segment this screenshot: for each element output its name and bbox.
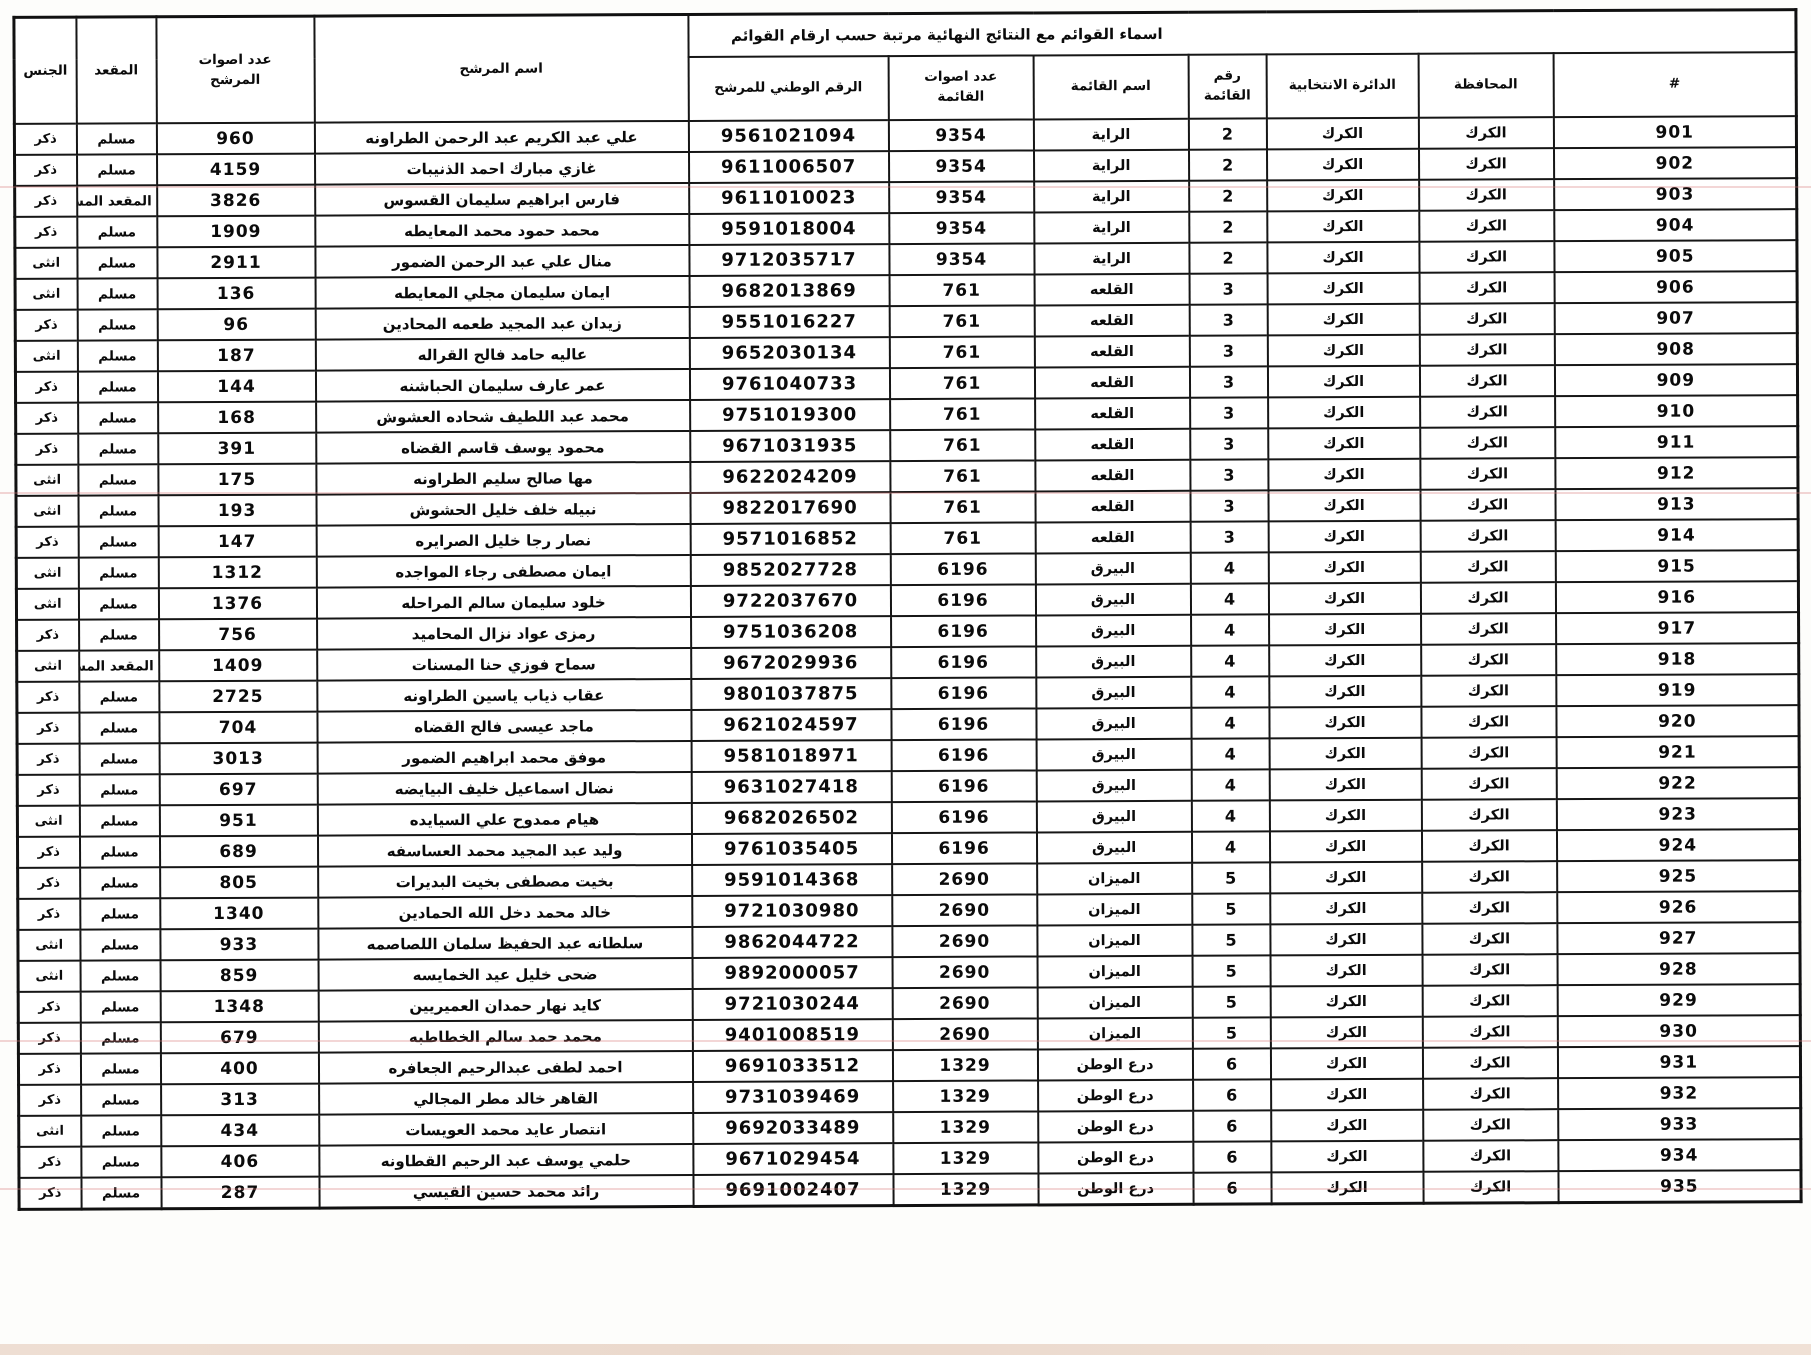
cell-governorate: الكرك <box>1422 923 1557 955</box>
cell-district: الكرك <box>1267 149 1419 181</box>
cell-seat: مسلم <box>80 1022 160 1053</box>
cell-candidate-name: نصار رجا خليل الصرايره <box>316 524 690 557</box>
cell-governorate: الكرك <box>1422 1047 1557 1079</box>
cell-candidate-name: احمد لطفى عبدالرحيم الجعافره <box>318 1051 692 1084</box>
cell-list-votes: 2690 <box>892 956 1037 988</box>
cell-candidate-votes: 175 <box>158 464 316 496</box>
cell-list-name: القلعه <box>1035 398 1190 430</box>
cell-list-name: القلعه <box>1034 305 1189 337</box>
cell-list-votes: 6196 <box>891 615 1036 647</box>
cell-list-number: 4 <box>1191 614 1269 645</box>
cell-seat: مسلم <box>80 1053 160 1084</box>
cell-candidate-votes: 1909 <box>157 216 315 248</box>
cell-governorate: الكرك <box>1421 737 1556 769</box>
cell-candidate-votes: 951 <box>159 805 317 837</box>
cell-district: الكرك <box>1269 645 1421 677</box>
cell-governorate: الكرك <box>1420 427 1555 459</box>
column-header-candidate-votes: عدد اصوات المرشح <box>156 16 314 123</box>
cell-district: الكرك <box>1270 986 1422 1018</box>
cell-candidate-votes: 1312 <box>158 557 316 589</box>
cell-district: الكرك <box>1267 304 1419 336</box>
cell-governorate: الكرك <box>1420 365 1555 397</box>
cell-governorate: الكرك <box>1420 551 1555 583</box>
cell-list-votes: 6196 <box>891 646 1036 678</box>
cell-governorate: الكرك <box>1421 675 1556 707</box>
cell-national-id: 9591014368 <box>692 864 892 896</box>
cell-district: الكرك <box>1269 614 1421 646</box>
column-header-list-votes: عدد اصوات القائمة <box>888 55 1033 120</box>
cell-list-votes: 9354 <box>888 119 1033 151</box>
cell-num: 926 <box>1557 891 1800 923</box>
cell-num: 932 <box>1558 1077 1801 1109</box>
cell-national-id: 9581018971 <box>691 740 891 772</box>
cell-list-number: 5 <box>1192 862 1270 893</box>
cell-num: 902 <box>1554 147 1797 179</box>
cell-candidate-name: خالد محمد دخل الله الحمادين <box>318 896 692 929</box>
cell-candidate-name: ضحى خليل عيد الخمايسه <box>318 958 692 991</box>
cell-list-votes: 6196 <box>892 832 1037 864</box>
cell-num: 931 <box>1557 1046 1800 1078</box>
cell-seat: مسلم <box>78 402 158 433</box>
cell-num: 925 <box>1557 860 1800 892</box>
cell-list-number: 5 <box>1192 955 1270 986</box>
cell-list-name: القلعه <box>1035 491 1190 523</box>
cell-list-name: البيرق <box>1036 770 1191 802</box>
cell-national-id: 9862044722 <box>692 926 892 958</box>
cell-national-id: 9611006507 <box>689 151 889 183</box>
cell-national-id: 9761035405 <box>691 833 891 865</box>
cell-national-id: 9721030244 <box>692 988 892 1020</box>
cell-candidate-name: علي عبد الكريم عبد الرحمن الطراونه <box>314 121 688 154</box>
cell-list-name: درع الوطن <box>1038 1142 1193 1174</box>
cell-candidate-votes: 704 <box>159 712 317 744</box>
cell-national-id: 9672029936 <box>691 647 891 679</box>
cell-district: الكرك <box>1268 583 1420 615</box>
cell-district: الكرك <box>1267 335 1419 367</box>
cell-num: 901 <box>1553 116 1796 148</box>
cell-num: 921 <box>1556 736 1799 768</box>
cell-gender: ذكر <box>17 744 79 775</box>
cell-list-number: 4 <box>1191 707 1269 738</box>
cell-seat: مسلم <box>80 929 160 960</box>
cell-national-id: 9571016852 <box>690 523 890 555</box>
cell-list-votes: 761 <box>889 336 1034 368</box>
cell-list-name: الراية <box>1034 181 1189 213</box>
cell-list-number: 4 <box>1192 831 1270 862</box>
cell-list-number: 6 <box>1193 1079 1271 1110</box>
scan-bottom-strip <box>0 1344 1811 1355</box>
cell-gender: ذكر <box>18 992 80 1023</box>
cell-gender: انثى <box>17 651 79 682</box>
cell-seat: مسلم <box>80 960 160 991</box>
cell-national-id: 9691002407 <box>693 1174 893 1206</box>
cell-candidate-name: محمود يوسف قاسم القضاه <box>316 431 690 464</box>
cell-list-number: 4 <box>1191 800 1269 831</box>
column-header-seat: المقعد <box>76 17 156 124</box>
cell-list-number: 6 <box>1193 1110 1271 1141</box>
cell-district: الكرك <box>1268 366 1420 398</box>
cell-list-name: الراية <box>1034 212 1189 244</box>
column-header-list-number: رقم القائمة <box>1188 54 1266 118</box>
cell-list-number: 5 <box>1192 924 1270 955</box>
cell-candidate-votes: 1376 <box>158 588 316 620</box>
cell-list-number: 2 <box>1188 118 1266 149</box>
cell-candidate-votes: 805 <box>160 867 318 899</box>
cell-national-id: 9611010023 <box>689 182 889 214</box>
cell-national-id: 9712035717 <box>689 244 889 276</box>
cell-list-number: 5 <box>1192 1017 1270 1048</box>
cell-national-id: 9682026502 <box>691 802 891 834</box>
cell-list-name: درع الوطن <box>1037 1049 1192 1081</box>
cell-governorate: الكرك <box>1423 1140 1558 1172</box>
cell-candidate-name: انتصار عايد محمد العويسات <box>319 1113 693 1146</box>
cell-list-name: الميزان <box>1037 1018 1192 1050</box>
cell-list-name: القلعه <box>1034 336 1189 368</box>
cell-list-name: درع الوطن <box>1038 1111 1193 1143</box>
cell-list-name: القلعه <box>1035 429 1190 461</box>
cell-governorate: الكرك <box>1418 117 1553 149</box>
cell-candidate-name: خلود سليمان سالم المراحله <box>316 586 690 619</box>
cell-seat: المقعد المسيحي <box>79 650 159 681</box>
cell-candidate-votes: 756 <box>159 619 317 651</box>
cell-gender: انثى <box>16 589 78 620</box>
cell-candidate-votes: 1409 <box>159 650 317 682</box>
cell-gender: ذكر <box>18 1054 80 1085</box>
cell-governorate: الكرك <box>1419 241 1554 273</box>
cell-district: الكرك <box>1266 118 1418 150</box>
cell-gender: ذكر <box>19 1178 81 1210</box>
cell-num: 911 <box>1555 426 1798 458</box>
cell-list-number: 3 <box>1189 335 1267 366</box>
cell-list-votes: 1329 <box>893 1142 1038 1174</box>
cell-list-number: 6 <box>1193 1141 1271 1172</box>
cell-list-name: الراية <box>1034 243 1189 275</box>
cell-list-votes: 761 <box>890 460 1035 492</box>
cell-list-votes: 9354 <box>889 181 1034 213</box>
cell-num: 923 <box>1556 798 1799 830</box>
cell-candidate-name: رائد محمد حسين القيسي <box>319 1175 693 1208</box>
cell-governorate: الكرك <box>1422 861 1557 893</box>
cell-candidate-votes: 2725 <box>159 681 317 713</box>
cell-list-votes: 1329 <box>892 1049 1037 1081</box>
cell-candidate-votes: 144 <box>157 371 315 403</box>
cell-list-name: الراية <box>1034 150 1189 182</box>
cell-list-name: درع الوطن <box>1038 1173 1193 1205</box>
cell-candidate-votes: 168 <box>158 402 316 434</box>
cell-seat: مسلم <box>77 216 157 247</box>
column-header-candidate-name: اسم المرشح <box>314 14 688 122</box>
cell-district: الكرك <box>1270 831 1422 863</box>
cell-seat: مسلم <box>81 1115 161 1146</box>
cell-gender: ذكر <box>16 403 78 434</box>
cell-national-id: 9671029454 <box>693 1143 893 1175</box>
cell-district: الكرك <box>1271 1110 1423 1142</box>
cell-gender: ذكر <box>17 620 79 651</box>
cell-num: 927 <box>1557 922 1800 954</box>
cell-gender: انثى <box>16 496 78 527</box>
cell-national-id: 9751036208 <box>691 616 891 648</box>
cell-candidate-name: رمزى عواد نزال المحاميد <box>317 617 691 650</box>
cell-list-number: 6 <box>1192 1048 1270 1079</box>
cell-list-votes: 9354 <box>889 212 1034 244</box>
cell-candidate-votes: 193 <box>158 495 316 527</box>
cell-list-number: 4 <box>1191 738 1269 769</box>
cell-seat: مسلم <box>78 433 158 464</box>
cell-district: الكرك <box>1269 738 1421 770</box>
cell-list-votes: 6196 <box>891 677 1036 709</box>
cell-list-votes: 761 <box>890 429 1035 461</box>
cell-governorate: الكرك <box>1422 985 1557 1017</box>
cell-gender: انثى <box>15 248 77 279</box>
cell-national-id: 9561021094 <box>688 120 888 152</box>
cell-district: الكرك <box>1270 924 1422 956</box>
cell-gender: ذكر <box>16 434 78 465</box>
cell-candidate-votes: 679 <box>160 1022 318 1054</box>
cell-national-id: 9652030134 <box>689 337 889 369</box>
cell-list-number: 3 <box>1190 366 1268 397</box>
cell-list-votes: 761 <box>889 274 1034 306</box>
cell-num: 917 <box>1556 612 1799 644</box>
cell-gender: انثى <box>17 806 79 837</box>
cell-governorate: الكرك <box>1422 830 1557 862</box>
cell-list-votes: 2690 <box>892 987 1037 1019</box>
cell-seat: المقعد المسيحي <box>77 185 157 216</box>
cell-list-name: درع الوطن <box>1038 1080 1193 1112</box>
cell-candidate-name: ايمان سليمان مجلي المعايطه <box>315 276 689 309</box>
cell-candidate-votes: 2911 <box>157 247 315 279</box>
cell-list-number: 4 <box>1191 769 1269 800</box>
cell-list-number: 5 <box>1192 986 1270 1017</box>
cell-gender: انثى <box>15 341 77 372</box>
cell-list-name: القلعه <box>1035 522 1190 554</box>
cell-list-number: 3 <box>1190 459 1268 490</box>
cell-seat: مسلم <box>78 526 158 557</box>
cell-gender: انثى <box>16 558 78 589</box>
cell-candidate-name: ماجد عيسى فالح القضاه <box>317 710 691 743</box>
cell-seat: مسلم <box>79 805 159 836</box>
cell-list-name: البيرق <box>1036 677 1191 709</box>
cell-candidate-votes: 4159 <box>157 154 315 186</box>
cell-candidate-votes: 859 <box>160 960 318 992</box>
cell-seat: مسلم <box>81 1177 161 1209</box>
cell-list-name: البيرق <box>1036 739 1191 771</box>
cell-candidate-name: وليد عبد المجيد محمد العساسفه <box>317 834 691 867</box>
cell-district: الكرك <box>1270 955 1422 987</box>
cell-governorate: الكرك <box>1421 644 1556 676</box>
cell-district: الكرك <box>1267 211 1419 243</box>
cell-list-number: 3 <box>1190 521 1268 552</box>
cell-list-name: القلعه <box>1035 460 1190 492</box>
cell-num: 934 <box>1558 1139 1801 1171</box>
cell-list-name: البيرق <box>1035 584 1190 616</box>
cell-list-number: 2 <box>1189 211 1267 242</box>
column-header-governorate: المحافظة <box>1418 53 1553 118</box>
cell-num: 913 <box>1555 488 1798 520</box>
cell-candidate-votes: 960 <box>156 123 314 155</box>
cell-seat: مسلم <box>77 371 157 402</box>
cell-governorate: الكرك <box>1420 489 1555 521</box>
cell-district: الكرك <box>1268 397 1420 429</box>
cell-seat: مسلم <box>79 743 159 774</box>
cell-num: 905 <box>1554 240 1797 272</box>
cell-num: 910 <box>1555 395 1798 427</box>
cell-seat: مسلم <box>77 247 157 278</box>
cell-list-votes: 6196 <box>891 770 1036 802</box>
cell-candidate-name: سلطانه عبد الحفيظ سلمان اللصاصمه <box>318 927 692 960</box>
cell-seat: مسلم <box>77 154 157 185</box>
cell-num: 909 <box>1555 364 1798 396</box>
cell-num: 906 <box>1554 271 1797 303</box>
cell-candidate-votes: 697 <box>159 774 317 806</box>
cell-candidate-votes: 1348 <box>160 991 318 1023</box>
cell-list-votes: 761 <box>889 305 1034 337</box>
cell-district: الكرك <box>1267 180 1419 212</box>
cell-gender: ذكر <box>15 310 77 341</box>
cell-gender: ذكر <box>17 713 79 744</box>
cell-gender: انثى <box>15 279 77 310</box>
cell-seat: مسلم <box>79 619 159 650</box>
cell-governorate: الكرك <box>1421 613 1556 645</box>
cell-num: 930 <box>1557 1015 1800 1047</box>
cell-national-id: 9892000057 <box>692 957 892 989</box>
cell-gender: ذكر <box>18 899 80 930</box>
cell-national-id: 9761040733 <box>689 368 889 400</box>
table-row: 935الكركالكرك6درع الوطن13299691002407رائ… <box>19 1170 1801 1209</box>
cell-national-id: 9682013869 <box>689 275 889 307</box>
cell-list-votes: 6196 <box>890 553 1035 585</box>
cell-seat: مسلم <box>81 1146 161 1177</box>
cell-governorate: الكرك <box>1419 148 1554 180</box>
cell-num: 914 <box>1555 519 1798 551</box>
cell-list-number: 4 <box>1190 583 1268 614</box>
cell-list-name: البيرق <box>1036 708 1191 740</box>
cell-list-votes: 6196 <box>890 584 1035 616</box>
cell-candidate-name: هيام ممدوح علي السيايده <box>317 803 691 836</box>
cell-district: الكرك <box>1271 1172 1423 1204</box>
column-header-list-name: اسم القائمة <box>1033 55 1188 120</box>
cell-governorate: الكرك <box>1423 1078 1558 1110</box>
cell-candidate-name: منال علي عبد الرحمن الضمور <box>315 245 689 278</box>
cell-national-id: 9631027418 <box>691 771 891 803</box>
cell-seat: مسلم <box>78 588 158 619</box>
page-title: اسماء القوائم مع النتائج النهائية مرتبة … <box>688 10 1796 57</box>
cell-list-votes: 1329 <box>893 1111 1038 1143</box>
cell-gender: انثى <box>16 465 78 496</box>
cell-gender: ذكر <box>17 682 79 713</box>
cell-governorate: الكرك <box>1419 272 1554 304</box>
cell-national-id: 9591018004 <box>689 213 889 245</box>
cell-governorate: الكرك <box>1422 892 1557 924</box>
cell-candidate-name: محمد عبد اللطيف شحاده العشوش <box>316 400 690 433</box>
cell-list-name: البيرق <box>1035 553 1190 585</box>
cell-seat: مسلم <box>80 991 160 1022</box>
cell-candidate-name: غازي مبارك احمد الذنيبات <box>315 152 689 185</box>
cell-list-number: 3 <box>1190 428 1268 459</box>
cell-num: 912 <box>1555 457 1798 489</box>
cell-list-votes: 2690 <box>892 1018 1037 1050</box>
cell-gender: ذكر <box>19 1147 81 1178</box>
cell-governorate: الكرك <box>1420 520 1555 552</box>
cell-governorate: الكرك <box>1419 179 1554 211</box>
cell-list-votes: 6196 <box>891 801 1036 833</box>
column-header-gender: الجنس <box>14 17 76 124</box>
cell-gender: ذكر <box>15 186 77 217</box>
cell-district: الكرك <box>1269 707 1421 739</box>
cell-list-votes: 9354 <box>889 243 1034 275</box>
cell-list-name: القلعه <box>1035 367 1190 399</box>
cell-candidate-name: سماح فوزي حنا المسنات <box>317 648 691 681</box>
cell-list-number: 4 <box>1191 645 1269 676</box>
cell-national-id: 9621024597 <box>691 709 891 741</box>
cell-candidate-name: زيدان عبد المجيد طعمه المحادين <box>315 307 689 340</box>
cell-candidate-name: محمد حمود محمد المعايطه <box>315 214 689 247</box>
cell-district: الكرك <box>1267 273 1419 305</box>
cell-list-number: 4 <box>1190 552 1268 583</box>
cell-gender: ذكر <box>15 217 77 248</box>
cell-national-id: 9822017690 <box>690 492 890 524</box>
cell-list-votes: 761 <box>890 367 1035 399</box>
cell-list-name: البيرق <box>1036 646 1191 678</box>
cell-governorate: الكرك <box>1420 582 1555 614</box>
cell-governorate: الكرك <box>1422 954 1557 986</box>
cell-candidate-name: عاليه حامد فالح القراله <box>315 338 689 371</box>
cell-seat: مسلم <box>79 774 159 805</box>
cell-district: الكرك <box>1268 552 1420 584</box>
cell-candidate-name: بخيت مصطفى بخيت البديرات <box>318 865 692 898</box>
scanned-document-page: اسماء القوائم مع النتائج النهائية مرتبة … <box>0 0 1811 1355</box>
cell-num: 929 <box>1557 984 1800 1016</box>
cell-seat: مسلم <box>79 681 159 712</box>
cell-district: الكرك <box>1271 1141 1423 1173</box>
cell-candidate-votes: 400 <box>160 1053 318 1085</box>
cell-list-votes: 761 <box>890 522 1035 554</box>
cell-district: الكرك <box>1268 521 1420 553</box>
election-results-table: اسماء القوائم مع النتائج النهائية مرتبة … <box>12 8 1802 1211</box>
table-body: 901الكركالكرك2الراية93549561021094علي عب… <box>14 116 1801 1209</box>
cell-list-votes: 761 <box>890 398 1035 430</box>
cell-list-number: 6 <box>1193 1172 1271 1204</box>
cell-seat: مسلم <box>77 340 157 371</box>
cell-candidate-name: عقاب ذياب ياسين الطراونه <box>317 679 691 712</box>
cell-num: 918 <box>1556 643 1799 675</box>
cell-candidate-name: عمر عارف سليمان الحباشنه <box>315 369 689 402</box>
cell-candidate-name: نضال اسماعيل خليف البيايضه <box>317 772 691 805</box>
cell-list-name: الميزان <box>1037 894 1192 926</box>
cell-seat: مسلم <box>77 309 157 340</box>
cell-num: 922 <box>1556 767 1799 799</box>
cell-governorate: الكرك <box>1419 303 1554 335</box>
cell-list-name: الميزان <box>1037 956 1192 988</box>
cell-national-id: 9551016227 <box>689 306 889 338</box>
cell-num: 908 <box>1554 333 1797 365</box>
cell-district: الكرك <box>1270 862 1422 894</box>
column-header-row-number: # <box>1553 52 1796 117</box>
cell-list-number: 3 <box>1189 304 1267 335</box>
cell-list-name: البيرق <box>1036 615 1191 647</box>
cell-num: 924 <box>1557 829 1800 861</box>
cell-list-name: البيرق <box>1036 801 1191 833</box>
cell-candidate-name: كايد نهار حمدان العميريين <box>318 989 692 1022</box>
cell-list-votes: 2690 <box>892 925 1037 957</box>
cell-district: الكرك <box>1268 459 1420 491</box>
cell-list-name: الراية <box>1033 119 1188 151</box>
cell-list-number: 5 <box>1192 893 1270 924</box>
cell-list-number: 4 <box>1191 676 1269 707</box>
cell-list-number: 3 <box>1190 397 1268 428</box>
cell-seat: مسلم <box>79 712 159 743</box>
cell-candidate-votes: 689 <box>159 836 317 868</box>
cell-national-id: 9721030980 <box>692 895 892 927</box>
